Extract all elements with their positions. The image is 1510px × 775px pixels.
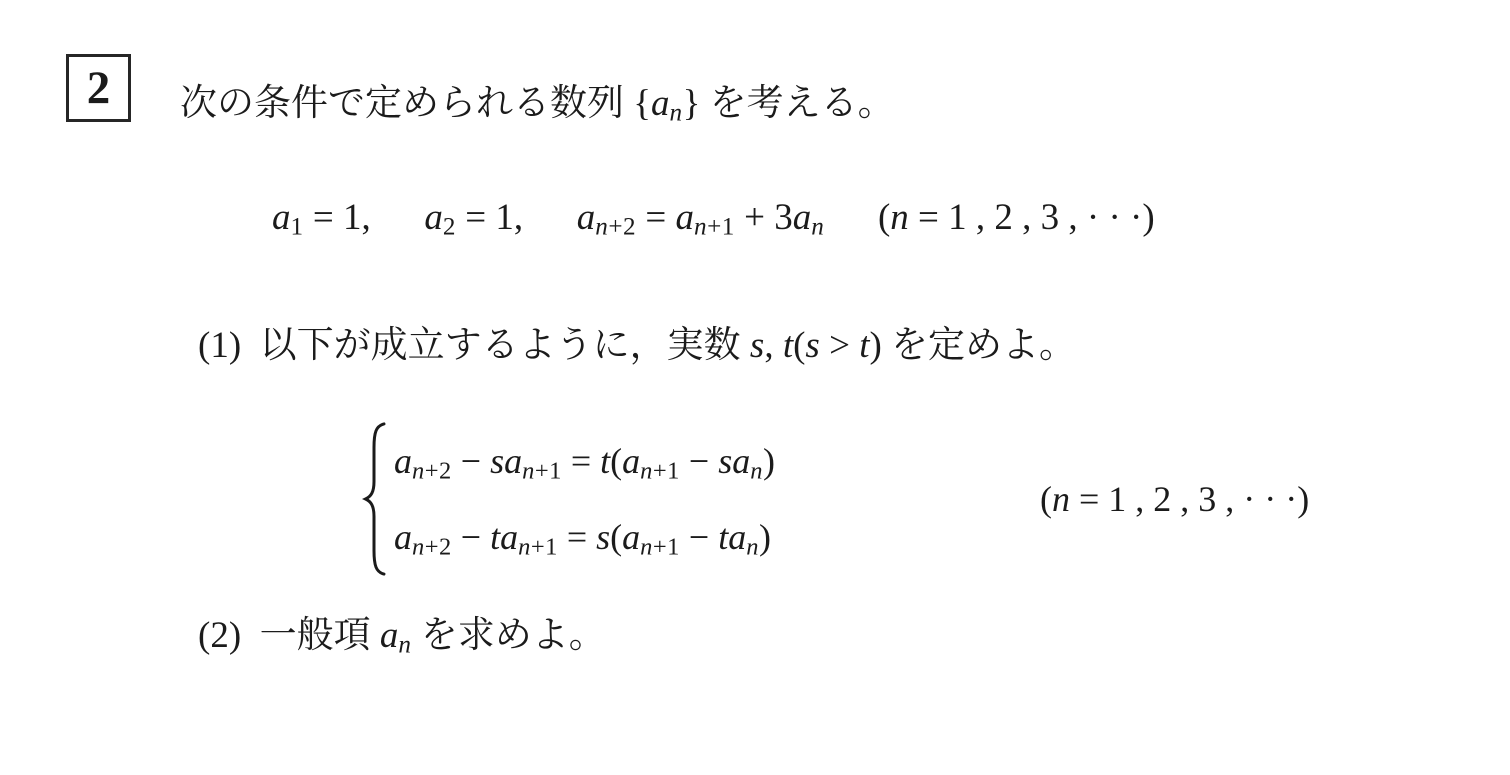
recurrence-equation: a1 = 1,a2 = 1,an+2 = an+1 + 3an(n = 1 , … (272, 194, 1155, 244)
problem-statement: 次の条件で定められる数列 {an} を考える。 (180, 80, 895, 130)
system-condition: (n = 1 , 2 , 3 , · · ·) (1040, 476, 1309, 523)
system-equation-2: an+2 − tan+1 = s(an+1 − tan) (394, 514, 771, 563)
problem-number: 2 (87, 61, 111, 115)
part-1-prompt: (1) 以下が成立するように，実数 s, t(s > t) を定めよ。 (198, 322, 1076, 370)
problem-page: 2 次の条件で定められる数列 {an} を考える。 a1 = 1,a2 = 1,… (0, 0, 1510, 775)
left-brace-icon (362, 421, 388, 577)
system-equation-1: an+2 − san+1 = t(an+1 − san) (394, 438, 775, 487)
problem-number-box: 2 (66, 54, 131, 122)
part-2-prompt: (2) 一般項 an を求めよ。 (198, 612, 606, 662)
